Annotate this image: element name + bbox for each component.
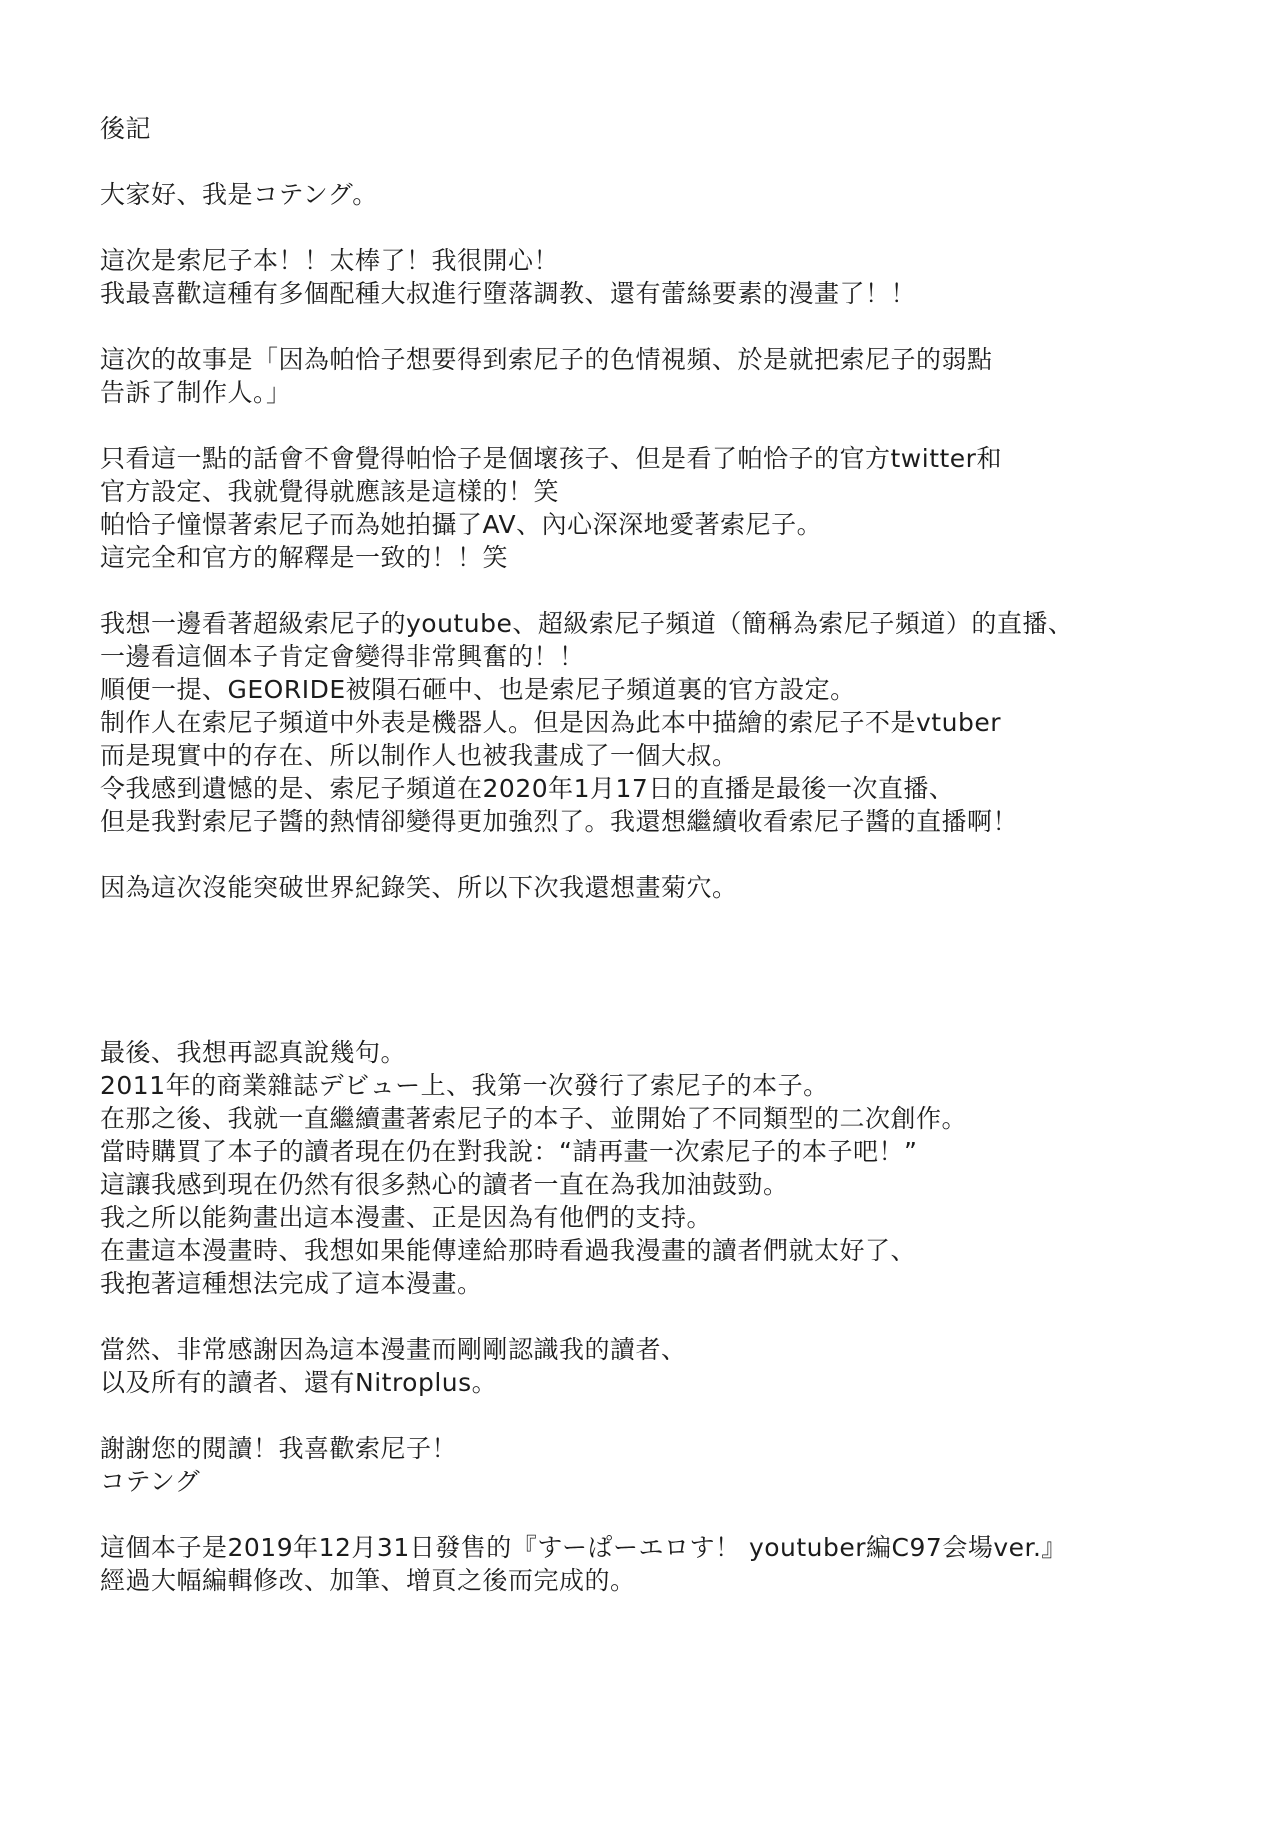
paragraph-edition-note: 這個本子是2019年12月31日發售的『すーぱーエロす！ youtuber編C9… (100, 1531, 1230, 1597)
afterword-line: 當時購買了本子的讀者現在仍在對我說：“請再畫一次索尼子的本子吧！” (100, 1135, 1230, 1168)
paragraph-serious-words: 最後、我想再認真說幾句。 2011年的商業雜誌デビュー上、我第一次發行了索尼子的… (100, 1036, 1230, 1300)
afterword-page: 後記 大家好、我是コテング。 這次是索尼子本！！太棒了！我很開心！ 我最喜歡這種… (0, 0, 1280, 1831)
afterword-line: 官方設定、我就覺得就應該是這樣的！笑 (100, 475, 1230, 508)
afterword-line: 我最喜歡這種有多個配種大叔進行墮落調教、還有蕾絲要素的漫畫了！！ (100, 277, 1230, 310)
paragraph-next-time: 因為這次沒能突破世界紀錄笑、所以下次我還想畫菊穴。 (100, 871, 1230, 904)
paragraph-greeting: 大家好、我是コテング。 (100, 178, 1230, 211)
afterword-line: 最後、我想再認真說幾句。 (100, 1036, 1230, 1069)
afterword-line: 在那之後、我就一直繼續畫著索尼子的本子、並開始了不同類型的二次創作。 (100, 1102, 1230, 1135)
paragraph-thanks-readers: 當然、非常感謝因為這本漫畫而剛剛認識我的讀者、 以及所有的讀者、還有Nitrop… (100, 1333, 1230, 1399)
afterword-line: 我抱著這種想法完成了這本漫畫。 (100, 1267, 1230, 1300)
afterword-line: 當然、非常感謝因為這本漫畫而剛剛認識我的讀者、 (100, 1333, 1230, 1366)
paragraph-official-setting: 只看這一點的話會不會覺得帕恰子是個壞孩子、但是看了帕恰子的官方twitter和 … (100, 442, 1230, 574)
afterword-line: 以及所有的讀者、還有Nitroplus。 (100, 1366, 1230, 1399)
afterword-line: 順便一提、GEORIDE被隕石砸中、也是索尼子頻道裏的官方設定。 (100, 673, 1230, 706)
afterword-line: 這次的故事是「因為帕恰子想要得到索尼子的色情視頻、於是就把索尼子的弱點 (100, 343, 1230, 376)
author-name: コテング (100, 1465, 1230, 1498)
afterword-line: 這完全和官方的解釋是一致的！！笑 (100, 541, 1230, 574)
afterword-line: 只看這一點的話會不會覺得帕恰子是個壞孩子、但是看了帕恰子的官方twitter和 (100, 442, 1230, 475)
afterword-line: 這個本子是2019年12月31日發售的『すーぱーエロす！ youtuber編C9… (100, 1531, 1230, 1564)
afterword-line: 令我感到遺憾的是、索尼子頻道在2020年1月17日的直播是最後一次直播、 (100, 772, 1230, 805)
afterword-line: 我之所以能夠畫出這本漫畫、正是因為有他們的支持。 (100, 1201, 1230, 1234)
paragraph-channel: 我想一邊看著超級索尼子的youtube、超級索尼子頻道（簡稱為索尼子頻道）的直播… (100, 607, 1230, 838)
afterword-line: 因為這次沒能突破世界紀錄笑、所以下次我還想畫菊穴。 (100, 871, 1230, 904)
afterword-line: 大家好、我是コテング。 (100, 178, 1230, 211)
afterword-line: 制作人在索尼子頻道中外表是機器人。但是因為此本中描繪的索尼子不是vtuber (100, 706, 1230, 739)
paragraph-story: 這次的故事是「因為帕恰子想要得到索尼子的色情視頻、於是就把索尼子的弱點 告訴了制… (100, 343, 1230, 409)
page-title: 後記 (100, 112, 1230, 145)
afterword-line: 一邊看這個本子肯定會變得非常興奮的！！ (100, 640, 1230, 673)
afterword-line: 但是我對索尼子醬的熱情卻變得更加強烈了。我還想繼續收看索尼子醬的直播啊！ (100, 805, 1230, 838)
paragraph-excitement: 這次是索尼子本！！太棒了！我很開心！ 我最喜歡這種有多個配種大叔進行墮落調教、還… (100, 244, 1230, 310)
afterword-line: 帕恰子憧憬著索尼子而為她拍攝了AV、內心深深地愛著索尼子。 (100, 508, 1230, 541)
afterword-line: 這次是索尼子本！！太棒了！我很開心！ (100, 244, 1230, 277)
afterword-line: 這讓我感到現在仍然有很多熱心的讀者一直在為我加油鼓勁。 (100, 1168, 1230, 1201)
afterword-line: 2011年的商業雜誌デビュー上、我第一次發行了索尼子的本子。 (100, 1069, 1230, 1102)
afterword-line: 謝謝您的閱讀！我喜歡索尼子！ (100, 1432, 1230, 1465)
afterword-line: 經過大幅編輯修改、加筆、增頁之後而完成的。 (100, 1564, 1230, 1597)
afterword-line: 我想一邊看著超級索尼子的youtube、超級索尼子頻道（簡稱為索尼子頻道）的直播… (100, 607, 1230, 640)
afterword-line: 在畫這本漫畫時、我想如果能傳達給那時看過我漫畫的讀者們就太好了、 (100, 1234, 1230, 1267)
afterword-line: 而是現實中的存在、所以制作人也被我畫成了一個大叔。 (100, 739, 1230, 772)
paragraph-signature: 謝謝您的閱讀！我喜歡索尼子！ コテング (100, 1432, 1230, 1498)
afterword-line: 告訴了制作人。」 (100, 376, 1230, 409)
